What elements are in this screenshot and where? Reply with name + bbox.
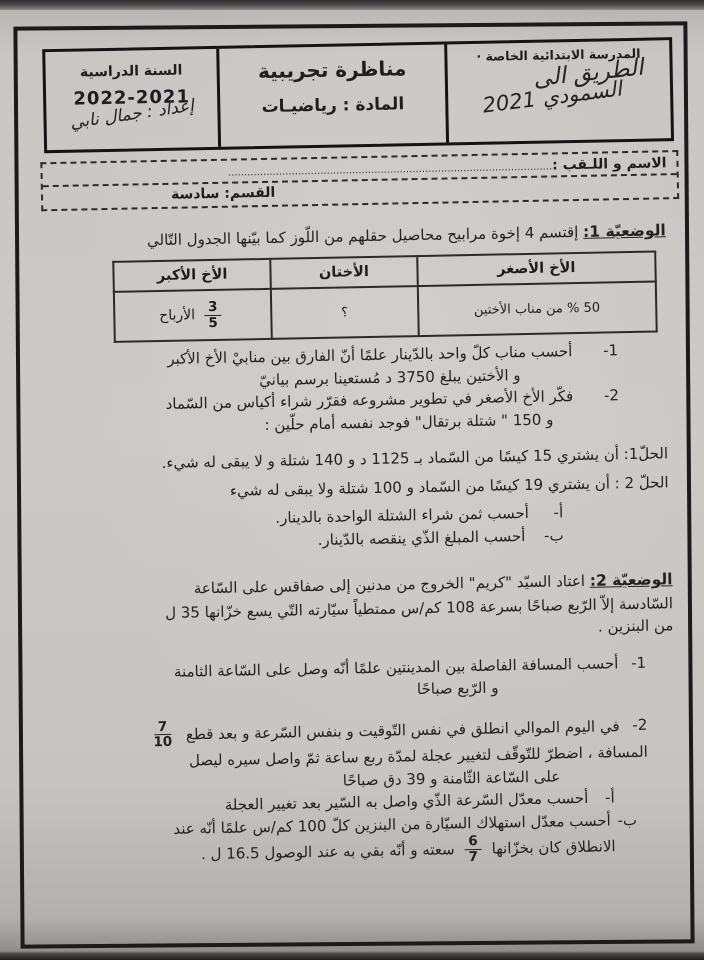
exam-body: الوضعيّة 1: إقتسم 4 إخوة مرابيح محاصيل ح…	[36, 219, 692, 873]
header-year-cell: السنة الدراسية 2022-2021 إعداد : جمال نا…	[45, 49, 221, 150]
exam-title: مناظرة تجريبية	[227, 56, 436, 84]
s1-question1-number: 1-	[603, 339, 618, 362]
s2-subquestion-a-number: أ-	[605, 787, 615, 810]
fraction-three-fifths: 3 5	[204, 300, 222, 331]
situation2-intro-line1: اعتاد السيّد "كريم" الخروج من مدنين إلى …	[194, 572, 586, 598]
situation1-intro: إقتسم 4 إخوة مرابيح محاصيل حقلهم من اللّ…	[147, 223, 579, 249]
header-table: المدرسة الابتدائية الخاصة · الطريق الى ا…	[42, 37, 674, 153]
cell-sisters-share: ؟	[271, 286, 418, 339]
cell-eldest-share: 3 5 الأرباح	[114, 289, 272, 342]
class-label: القسم: سادسة	[171, 185, 276, 203]
header-title-cell: مناظرة تجريبية المادة : رياضيـات	[219, 44, 449, 146]
header-school-cell: المدرسة الابتدائية الخاصة · الطريق الى ا…	[447, 40, 671, 142]
s1-question2-number: 2-	[604, 384, 619, 407]
situation1-label: الوضعيّة 1:	[583, 221, 666, 241]
page-content: المدرسة الابتدائية الخاصة · الطريق الى ا…	[32, 31, 692, 873]
name-fill-dots: ........................................…	[228, 161, 552, 178]
photo-edge-top	[0, 0, 704, 10]
col-two-sisters: الأختان	[270, 256, 417, 289]
situation2-label: الوضعيّة 2:	[590, 570, 673, 590]
name-label: الاسم و اللـقب :	[552, 155, 667, 173]
fraction-six-sevenths: 6 7	[464, 834, 482, 865]
school-year-label: السنة الدراسية	[53, 62, 208, 81]
table-data-row: 50 % من مناب الأختين ؟ 3 5 الأرباح	[114, 282, 657, 342]
photo-edge-bottom	[0, 951, 704, 960]
situation1-table: الأخ الأصغر الأختان الأخ الأكبر 50 % من …	[112, 251, 657, 343]
s2-question1-number: 1-	[631, 651, 646, 674]
s1-subquestion-a-number: أ-	[553, 502, 563, 525]
s2-question2-number: 2-	[632, 714, 647, 737]
col-eldest-brother: الأخ الأكبر	[113, 259, 271, 292]
exam-subject: المادة : رياضيـات	[228, 94, 437, 118]
situation1-heading: الوضعيّة 1: إقتسم 4 إخوة مرابيح محاصيل ح…	[42, 219, 666, 254]
eldest-share-label: الأرباح	[159, 307, 195, 324]
cell-youngest-share: 50 % من مناب الأختين	[417, 282, 656, 337]
s1-subquestion-b-number: ب-	[544, 524, 564, 547]
s2-subquestion-b-number: ب-	[617, 809, 637, 832]
identity-box: الاسم و اللـقب :........................…	[40, 150, 679, 211]
fraction-seven-tenths: 7 10	[149, 719, 176, 750]
col-youngest-brother: الأخ الأصغر	[417, 252, 656, 287]
